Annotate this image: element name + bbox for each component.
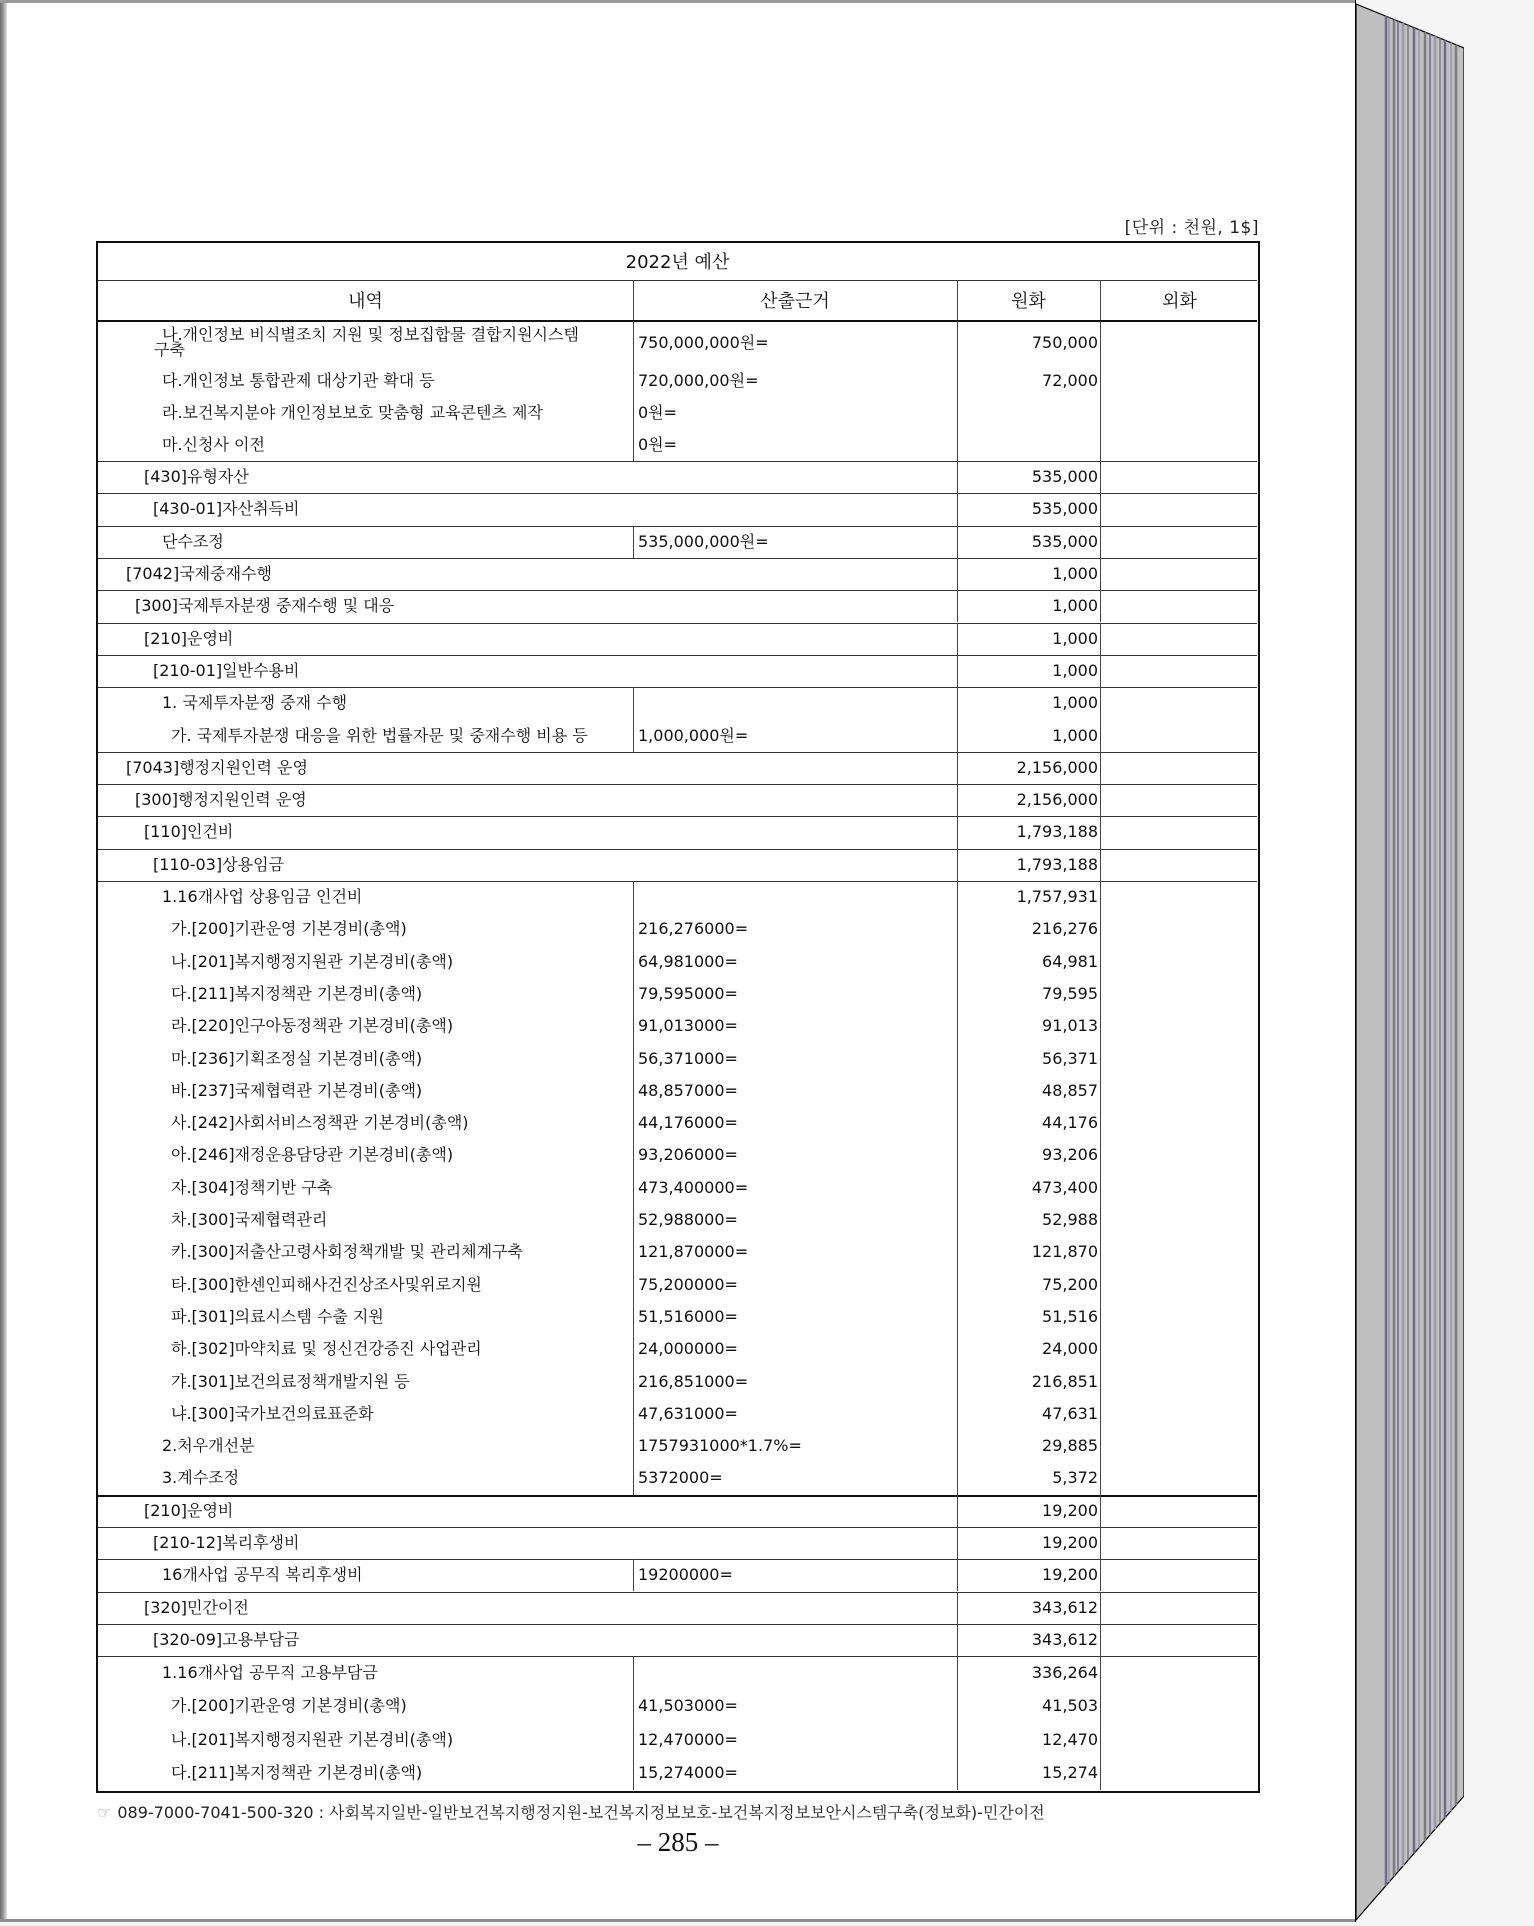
krw-amount: 343,612 xyxy=(961,1598,1098,1618)
column-divider xyxy=(957,881,958,1495)
basis-value: 473,400000= xyxy=(638,1178,952,1198)
column-divider xyxy=(633,687,634,752)
column-divider xyxy=(1100,1559,1101,1591)
krw-amount: 2,156,000 xyxy=(961,790,1098,810)
row-divider xyxy=(98,558,1257,559)
row-divider xyxy=(98,526,1257,527)
row-divider xyxy=(98,623,1257,624)
krw-amount: 19,200 xyxy=(961,1565,1098,1585)
krw-amount: 41,503 xyxy=(961,1696,1098,1716)
item-label: 1. 국제투자분쟁 중재 수행 xyxy=(162,693,627,713)
krw-amount: 535,000 xyxy=(961,532,1098,552)
basis-value: 535,000,000원= xyxy=(638,532,952,552)
column-divider xyxy=(633,321,634,461)
krw-amount: 5,372 xyxy=(961,1468,1098,1488)
column-divider xyxy=(633,1559,634,1591)
item-label: 가. 국제투자분쟁 대응을 위한 법률자문 및 중재수행 비용 등 xyxy=(171,726,627,746)
column-divider xyxy=(633,1656,634,1790)
item-label: [110]인건비 xyxy=(144,822,951,842)
item-label: 다.[211]복지정책관 기본경비(총액) xyxy=(171,1763,627,1783)
item-label: 다.[211]복지정책관 기본경비(총액) xyxy=(171,984,627,1004)
item-label: 라.[220]인구아동정책관 기본경비(총액) xyxy=(171,1016,627,1036)
column-divider xyxy=(1100,687,1101,752)
item-label: [7043]행정지원인력 운영 xyxy=(126,758,951,778)
basis-value: 1,000,000원= xyxy=(638,726,952,746)
krw-amount: 79,595 xyxy=(961,984,1098,1004)
column-divider xyxy=(957,280,958,320)
item-label: 아.[246]재정운용담당관 기본경비(총액) xyxy=(171,1145,627,1165)
krw-amount: 56,371 xyxy=(961,1049,1098,1069)
item-label: [430]유형자산 xyxy=(144,467,951,487)
column-divider xyxy=(1100,558,1101,590)
krw-amount: 91,013 xyxy=(961,1016,1098,1036)
column-divider xyxy=(957,655,958,687)
column-divider xyxy=(1100,1656,1101,1790)
page-bottom-edge xyxy=(0,1919,1356,1922)
column-divider xyxy=(1100,1592,1101,1624)
column-header-basis: 산출근거 xyxy=(633,292,957,312)
krw-amount: 47,631 xyxy=(961,1404,1098,1424)
item-label: [300]국제투자분쟁 중재수행 및 대응 xyxy=(135,596,951,616)
krw-amount: 12,470 xyxy=(961,1730,1098,1750)
row-divider xyxy=(98,752,1257,753)
column-divider xyxy=(957,1527,958,1559)
krw-amount: 93,206 xyxy=(961,1145,1098,1165)
krw-amount: 1,000 xyxy=(961,693,1098,713)
krw-amount: 535,000 xyxy=(961,499,1098,519)
column-divider xyxy=(633,881,634,1495)
basis-value: 44,176000= xyxy=(638,1113,952,1133)
page-left-edge xyxy=(0,3,7,1922)
krw-amount: 1,793,188 xyxy=(961,822,1098,842)
column-divider xyxy=(1100,1624,1101,1656)
basis-value: 750,000,000원= xyxy=(638,333,952,353)
column-divider xyxy=(957,752,958,784)
basis-value: 47,631000= xyxy=(638,1404,952,1424)
krw-amount: 48,857 xyxy=(961,1081,1098,1101)
basis-value: 52,988000= xyxy=(638,1210,952,1230)
column-header-item: 내역 xyxy=(98,292,633,312)
basis-value: 1757931000*1.7%= xyxy=(638,1436,952,1456)
column-divider xyxy=(1100,526,1101,558)
basis-value: 79,595000= xyxy=(638,984,952,1004)
krw-amount: 51,516 xyxy=(961,1307,1098,1327)
column-divider xyxy=(1100,816,1101,848)
item-label: 2.처우개선분 xyxy=(162,1436,627,1456)
item-label: 타.[300]한센인피해사건진상조사및위로지원 xyxy=(171,1275,627,1295)
column-divider xyxy=(957,321,958,461)
item-label: 마.신청사 이전 xyxy=(162,435,627,455)
column-divider xyxy=(1100,280,1101,320)
basis-value: 64,981000= xyxy=(638,952,952,972)
krw-amount: 1,000 xyxy=(961,629,1098,649)
column-divider xyxy=(1100,1495,1101,1527)
book-page-stack xyxy=(1356,0,1464,1922)
column-header-foreign: 외화 xyxy=(1100,292,1259,312)
column-divider xyxy=(957,849,958,881)
column-divider xyxy=(1100,590,1101,622)
basis-value: 24,000000= xyxy=(638,1339,952,1359)
basis-value: 41,503000= xyxy=(638,1696,952,1716)
item-label: [110-03]상용임금 xyxy=(153,855,951,875)
column-header-krw: 원화 xyxy=(957,292,1100,312)
item-label: 1.16개사업 상용임금 인건비 xyxy=(162,887,627,907)
row-divider xyxy=(98,461,1257,462)
column-divider xyxy=(1100,1527,1101,1559)
column-divider xyxy=(957,1656,958,1790)
basis-value: 0원= xyxy=(638,435,952,455)
item-label: 가.[200]기관운영 기본경비(총액) xyxy=(171,1696,627,1716)
basis-value: 5372000= xyxy=(638,1468,952,1488)
table-title: 2022년 예산 xyxy=(98,253,1257,273)
item-label: [320]민간이전 xyxy=(144,1598,951,1618)
basis-value: 12,470000= xyxy=(638,1730,952,1750)
unit-label: [단위 : 천원, 1$] xyxy=(1125,213,1259,238)
column-divider xyxy=(1100,321,1101,461)
krw-amount: 121,870 xyxy=(961,1242,1098,1262)
krw-amount: 216,276 xyxy=(961,919,1098,939)
row-divider xyxy=(98,687,1257,688)
item-label: 가.[200]기관운영 기본경비(총액) xyxy=(171,919,627,939)
column-divider xyxy=(1100,752,1101,784)
basis-value: 91,013000= xyxy=(638,1016,952,1036)
column-divider xyxy=(957,784,958,816)
krw-amount: 336,264 xyxy=(961,1663,1098,1683)
column-divider xyxy=(1100,784,1101,816)
basis-value: 121,870000= xyxy=(638,1242,952,1262)
column-divider xyxy=(957,1592,958,1624)
basis-value: 56,371000= xyxy=(638,1049,952,1069)
basis-value: 75,200000= xyxy=(638,1275,952,1295)
krw-amount: 52,988 xyxy=(961,1210,1098,1230)
krw-amount: 1,000 xyxy=(961,726,1098,746)
row-divider xyxy=(98,655,1257,656)
row-divider xyxy=(98,1495,1257,1497)
item-label-wrap: 구축 xyxy=(154,340,254,360)
row-divider xyxy=(98,320,1257,322)
krw-amount: 44,176 xyxy=(961,1113,1098,1133)
column-divider xyxy=(957,623,958,655)
krw-amount: 24,000 xyxy=(961,1339,1098,1359)
row-divider xyxy=(98,1527,1257,1528)
basis-value: 216,276000= xyxy=(638,919,952,939)
basis-value: 216,851000= xyxy=(638,1372,952,1392)
column-divider xyxy=(1100,623,1101,655)
krw-amount: 29,885 xyxy=(961,1436,1098,1456)
item-label: 라.보건복지분야 개인정보보호 맞춤형 교육콘텐츠 제작 xyxy=(162,403,627,423)
item-label: [430-01]자산취득비 xyxy=(153,499,951,519)
krw-amount: 473,400 xyxy=(961,1178,1098,1198)
item-label: [210]운영비 xyxy=(144,629,951,649)
column-divider xyxy=(1100,655,1101,687)
item-label: 마.[236]기획조정실 기본경비(총액) xyxy=(171,1049,627,1069)
column-divider xyxy=(957,590,958,622)
row-divider xyxy=(98,881,1257,882)
column-divider xyxy=(1100,849,1101,881)
basis-value: 93,206000= xyxy=(638,1145,952,1165)
item-label: [320-09]고용부담금 xyxy=(153,1630,951,1650)
item-label: 냐.[300]국가보건의료표준화 xyxy=(171,1404,627,1424)
footnote-text: 089-7000-7041-500-320 : 사회복지일반-일반보건복지행정지… xyxy=(117,1803,1044,1822)
krw-amount: 64,981 xyxy=(961,952,1098,972)
basis-value: 51,516000= xyxy=(638,1307,952,1327)
column-divider xyxy=(1100,881,1101,1495)
column-divider xyxy=(957,558,958,590)
item-label: [210-12]복리후생비 xyxy=(153,1533,951,1553)
basis-value: 48,857000= xyxy=(638,1081,952,1101)
basis-value: 15,274000= xyxy=(638,1763,952,1783)
item-label: 나.[201]복지행정지원관 기본경비(총액) xyxy=(171,952,627,972)
column-divider xyxy=(957,1559,958,1591)
column-divider xyxy=(633,280,634,320)
column-divider xyxy=(957,1624,958,1656)
item-label: [210]운영비 xyxy=(144,1501,951,1521)
pointing-hand-icon: ☞ xyxy=(97,1803,111,1822)
column-divider xyxy=(633,526,634,558)
krw-amount: 19,200 xyxy=(961,1501,1098,1521)
row-divider xyxy=(98,816,1257,817)
krw-amount: 1,000 xyxy=(961,564,1098,584)
item-label: [300]행정지원인력 운영 xyxy=(135,790,951,810)
krw-amount: 535,000 xyxy=(961,467,1098,487)
item-label: 단수조정 xyxy=(162,532,627,552)
item-label: 차.[300]국제협력관리 xyxy=(171,1210,627,1230)
footnote: ☞089-7000-7041-500-320 : 사회복지일반-일반보건복지행정… xyxy=(97,1800,1045,1823)
budget-table: 2022년 예산 내역 산출근거 원화 외화 나.개인정보 비식별조치 지원 및… xyxy=(96,241,1260,1793)
krw-amount: 343,612 xyxy=(961,1630,1098,1650)
krw-amount: 2,156,000 xyxy=(961,758,1098,778)
page-number: – 285 – xyxy=(578,1827,778,1858)
item-label: 사.[242]사회서비스정책관 기본경비(총액) xyxy=(171,1113,627,1133)
item-label: 바.[237]국제협력관 기본경비(총액) xyxy=(171,1081,627,1101)
item-label: 1.16개사업 공무직 고용부담금 xyxy=(162,1663,627,1683)
item-label: 파.[301]의료시스템 수출 지원 xyxy=(171,1307,627,1327)
column-divider xyxy=(1100,493,1101,525)
item-label: 하.[302]마약치료 및 정신건강증진 사업관리 xyxy=(171,1339,627,1359)
item-label: 갸.[301]보건의료정책개발지원 등 xyxy=(171,1372,627,1392)
krw-amount: 1,000 xyxy=(961,596,1098,616)
column-divider xyxy=(957,816,958,848)
item-label: 카.[300]저출산고령사회정책개발 및 관리체계구축 xyxy=(171,1242,627,1262)
row-divider xyxy=(98,1559,1257,1560)
column-divider xyxy=(957,687,958,752)
column-divider xyxy=(1100,461,1101,493)
krw-amount: 72,000 xyxy=(961,371,1098,391)
item-label: 자.[304]정책기반 구축 xyxy=(171,1178,627,1198)
basis-value: 0원= xyxy=(638,403,952,423)
column-divider xyxy=(957,461,958,493)
row-divider xyxy=(98,493,1257,494)
row-divider xyxy=(98,590,1257,591)
item-label: [210-01]일반수용비 xyxy=(153,661,951,681)
row-divider xyxy=(98,784,1257,785)
item-label: 나.[201]복지행정지원관 기본경비(총액) xyxy=(171,1730,627,1750)
krw-amount: 1,000 xyxy=(961,661,1098,681)
krw-amount: 15,274 xyxy=(961,1763,1098,1783)
krw-amount: 1,793,188 xyxy=(961,855,1098,875)
row-divider xyxy=(98,1624,1257,1625)
row-divider xyxy=(98,1592,1257,1593)
row-divider xyxy=(98,849,1257,850)
item-label: 3.계수조정 xyxy=(162,1468,627,1488)
basis-value: 720,000,00원= xyxy=(638,371,952,391)
item-label: 다.개인정보 통합관제 대상기관 확대 등 xyxy=(162,371,627,391)
item-label: [7042]국제중재수행 xyxy=(126,564,951,584)
krw-amount: 216,851 xyxy=(961,1372,1098,1392)
krw-amount: 750,000 xyxy=(961,333,1098,353)
row-divider xyxy=(98,1656,1257,1657)
krw-amount: 1,757,931 xyxy=(961,887,1098,907)
krw-amount: 19,200 xyxy=(961,1533,1098,1553)
basis-value: 19200000= xyxy=(638,1565,952,1585)
krw-amount: 75,200 xyxy=(961,1275,1098,1295)
column-divider xyxy=(957,493,958,525)
row-divider xyxy=(98,280,1257,281)
column-divider xyxy=(957,1495,958,1527)
item-label: 16개사업 공무직 복리후생비 xyxy=(162,1565,627,1585)
column-divider xyxy=(957,526,958,558)
